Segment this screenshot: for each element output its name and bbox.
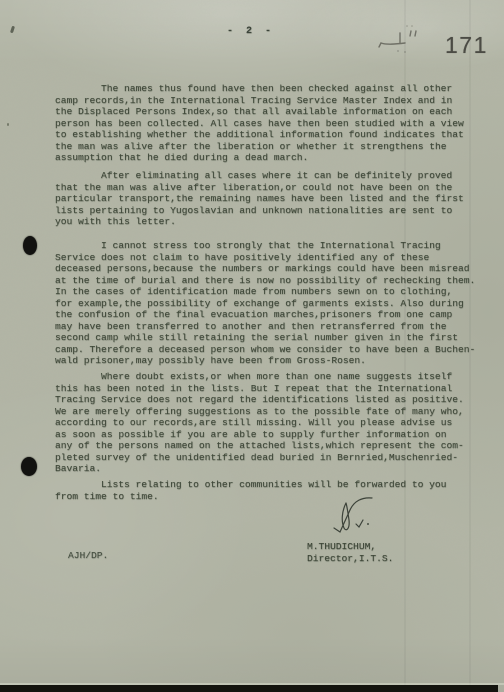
paragraph: After eliminating all cases where it can… <box>55 170 501 228</box>
scan-edge-bottom <box>0 685 498 692</box>
paragraph: Where doubt exists,or when more than one… <box>55 371 501 475</box>
page-stamp-number: 171 <box>445 32 488 59</box>
signatory-name: M.THUDICHUM, <box>307 541 393 553</box>
signatory-title: Director,I.T.S. <box>307 553 393 565</box>
scanned-letter-page: - 2 - 171 The names thus found have then… <box>0 0 504 692</box>
hole-punch-bottom <box>21 457 37 476</box>
page-number-label: - 2 - <box>227 26 275 37</box>
paragraph: Lists relating to other communities will… <box>55 479 501 502</box>
stray-ink-mark <box>10 26 15 34</box>
paper-speck <box>7 123 9 126</box>
typist-reference: AJH/DP. <box>68 550 108 561</box>
paragraph: The names thus found have then been chec… <box>55 83 501 164</box>
paragraph: I cannot stress too strongly that the In… <box>55 240 501 367</box>
signature-block: M.THUDICHUM, Director,I.T.S. <box>307 541 393 564</box>
hole-punch-top <box>23 236 37 255</box>
pencil-mark <box>378 24 422 58</box>
